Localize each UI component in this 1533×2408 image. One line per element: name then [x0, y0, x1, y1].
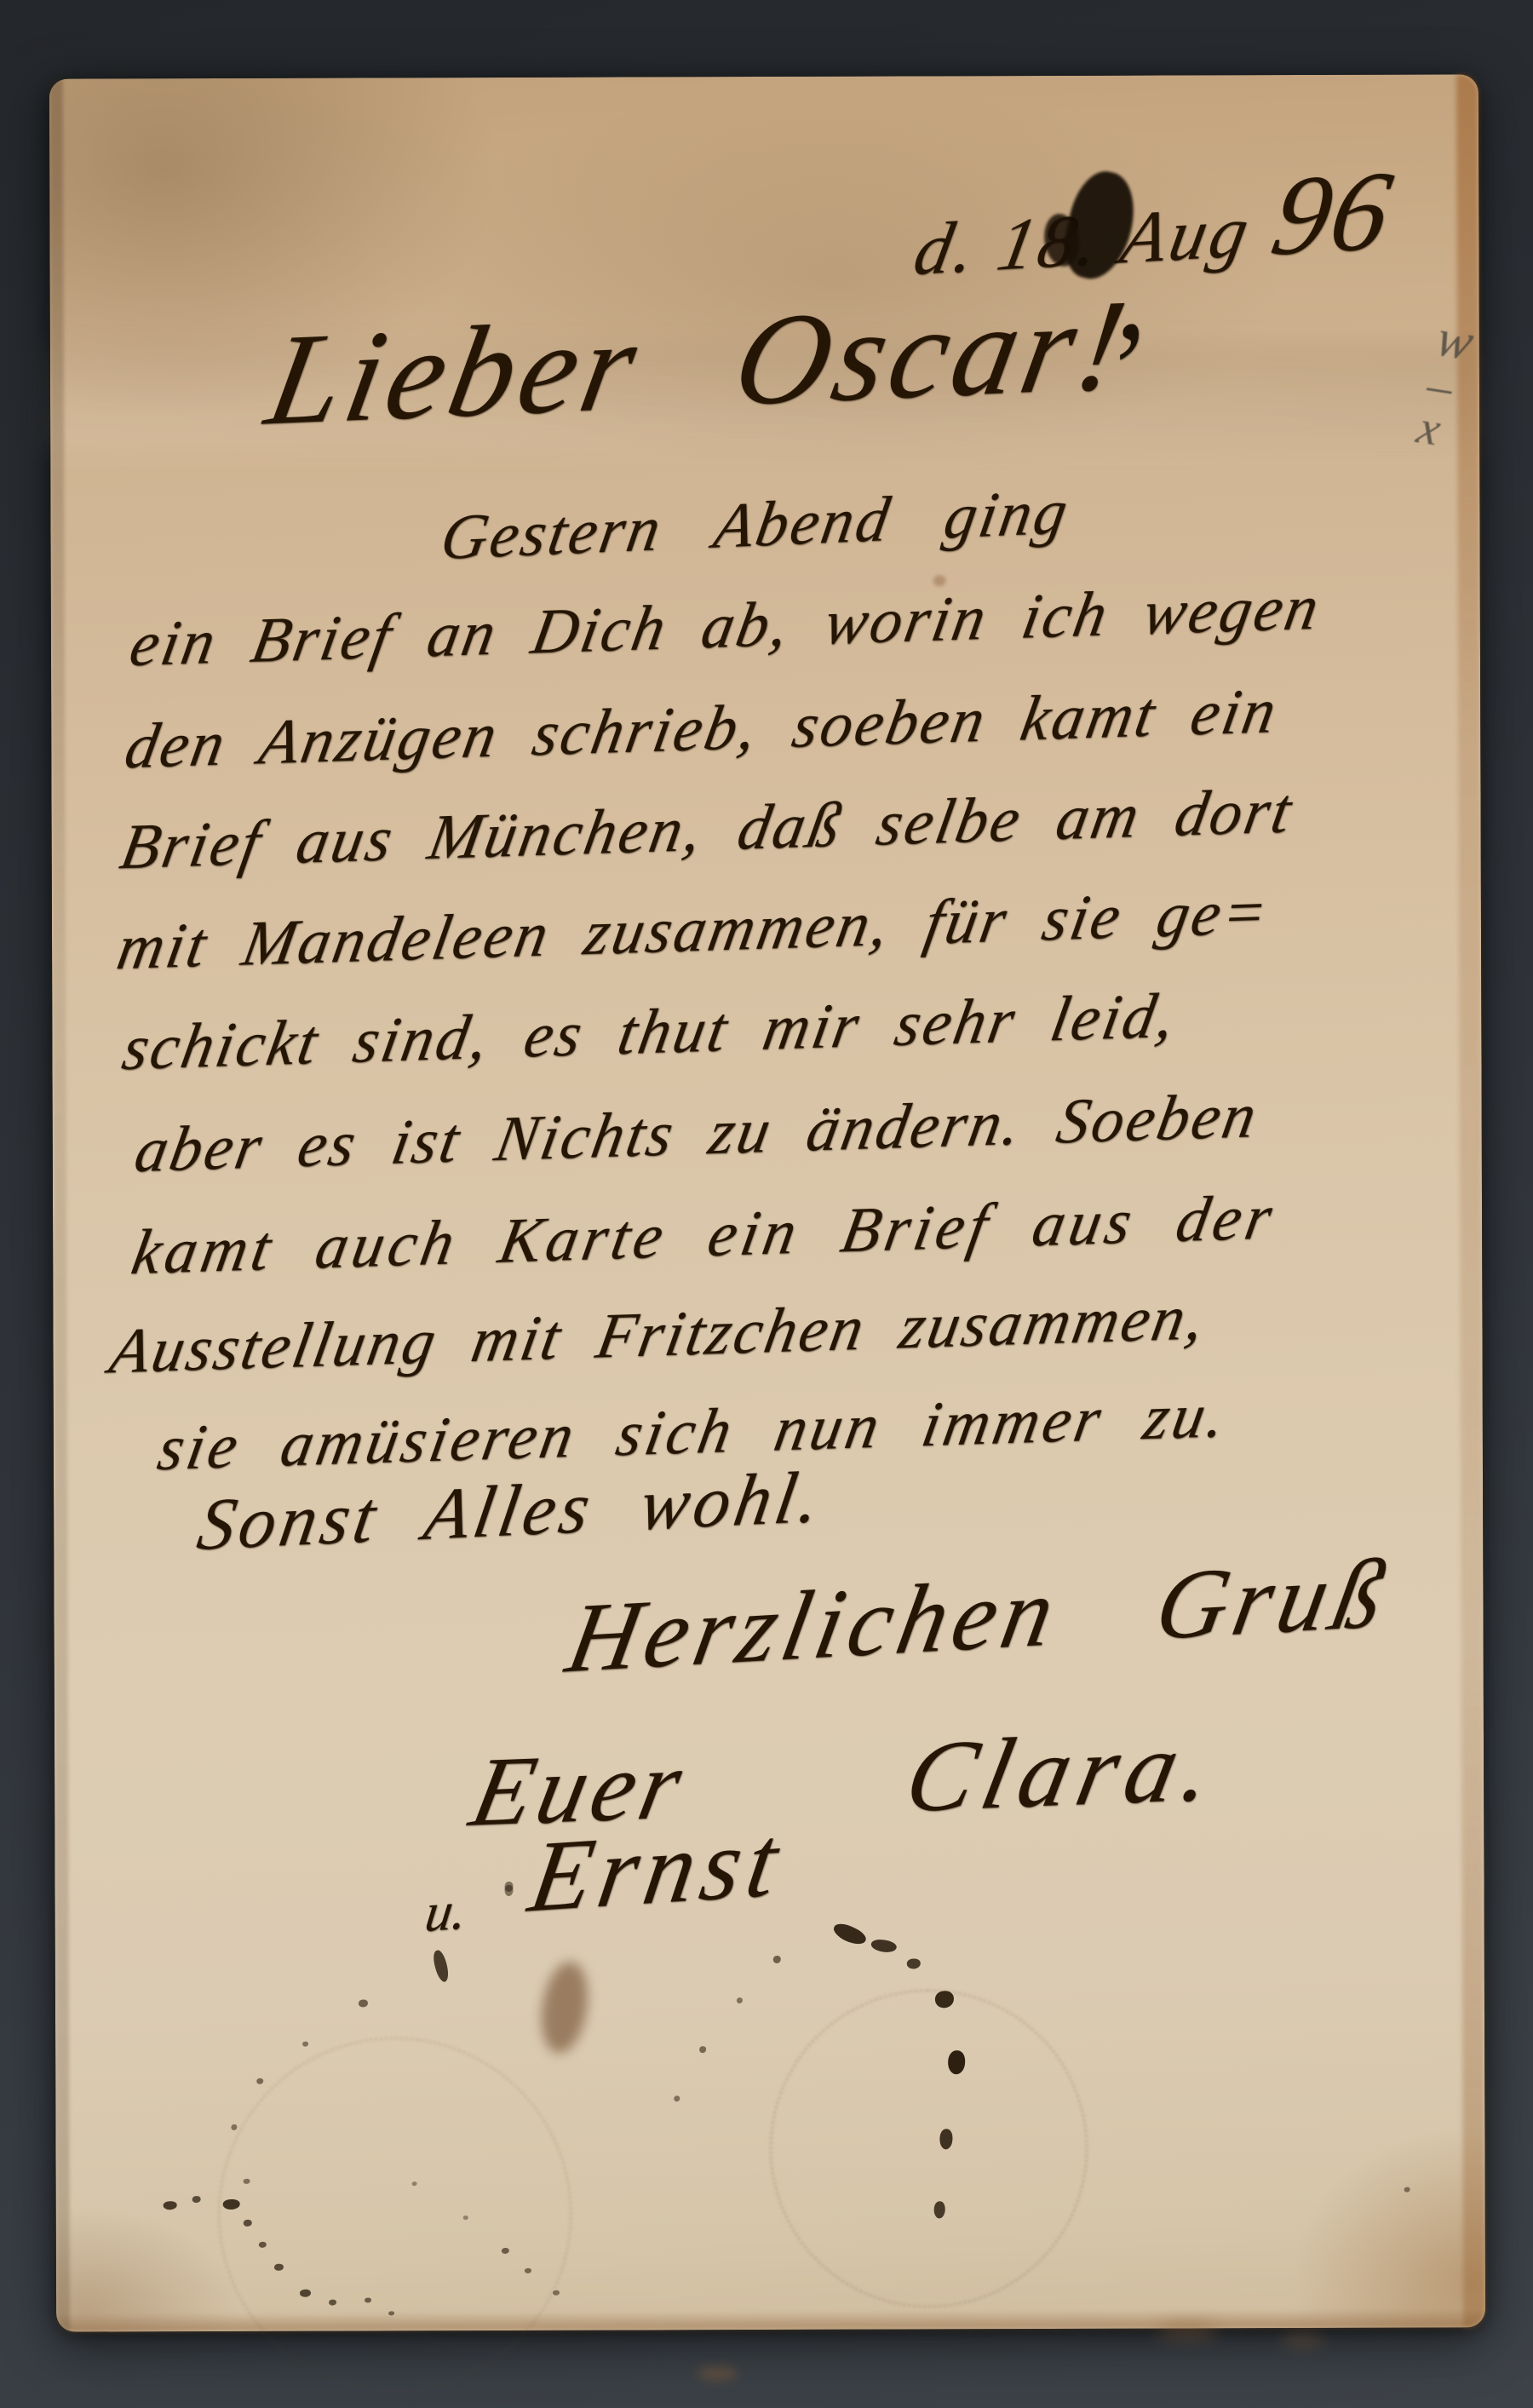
postcard-paper: d. 18. Aug 96 , w – x Lieber Oscar! Gest… [49, 74, 1485, 2331]
stain [1157, 2320, 1218, 2341]
ink-smudge-under-signature [536, 1958, 594, 2056]
speckle-field [49, 74, 1478, 78]
body-line: mit Mandeleen zusammen, für sie ge= [112, 876, 1275, 985]
ghost-postmark-ring-left [195, 2014, 594, 2408]
stain [933, 575, 946, 586]
closing-greeting: Herzlichen Gruß [559, 1537, 1399, 1696]
stain [1281, 2332, 1323, 2348]
body-line: kamt auch Karte ein Brief aus der [126, 1181, 1282, 1290]
ghost-postmark-ring-right [769, 1989, 1088, 2308]
body-line: ein Brief an Dich ab, worin ich wegen [124, 571, 1327, 681]
body-line: schickt sind, es thut mir sehr leid, [118, 979, 1183, 1085]
body-line: Brief aus München, daß selbe am dort [115, 774, 1300, 884]
signature-conjunction: u. [422, 1878, 471, 1945]
body-line: aber es ist Nichts zu ändern. Soeben [129, 1079, 1264, 1187]
body-line: den Anzügen schrieb, soeben kamt ein [119, 675, 1283, 784]
signature-clara: Clara. [896, 1707, 1231, 1836]
body-line: Ausstellung mit Fritzchen zusammen, [105, 1281, 1213, 1388]
stain [697, 2366, 738, 2381]
date-year: 96 [1263, 147, 1403, 279]
body-line: Gestern Abend ging [436, 475, 1076, 575]
signature-ernst: Ernst [522, 1802, 793, 1936]
postcard-photo: d. 18. Aug 96 , w – x Lieber Oscar! Gest… [0, 0, 1533, 2408]
pencil-annotation: w – x [1377, 309, 1505, 457]
